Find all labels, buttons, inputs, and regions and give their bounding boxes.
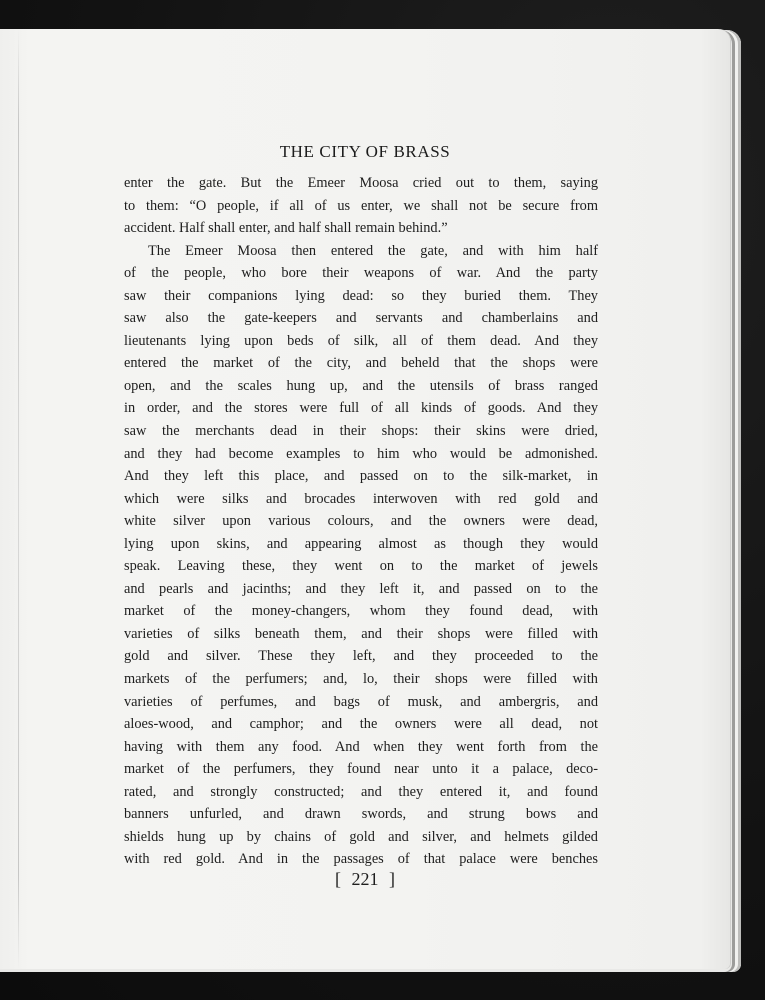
text-line: lieutenants lying upon beds of silk, all… [124,330,598,353]
text-line: And they left this place, and passed on … [124,465,598,488]
text-line: enter the gate. But the Emeer Moosa crie… [124,172,598,195]
book-page: THE CITY OF BRASS enter the gate. But th… [0,29,730,969]
text-line: speak. Leaving these, they went on to th… [124,555,598,578]
text-line: entered the market of the city, and behe… [124,352,598,375]
text-line: banners unfurled, and drawn swords, and … [124,803,598,826]
text-line: in order, and the stores were full of al… [124,397,598,420]
text-line: markets of the perfumers; and, lo, their… [124,668,598,691]
text-line: and pearls and jacinths; and they left i… [124,578,598,601]
page-number: [ 221 ] [0,869,730,890]
text-line: The Emeer Moosa then entered the gate, a… [124,240,598,263]
text-line: lying upon skins, and appearing almost a… [124,533,598,556]
gutter-line [18,29,19,969]
body-text: enter the gate. But the Emeer Moosa crie… [124,172,598,871]
text-line: varieties of silks beneath them, and the… [124,623,598,646]
text-line: accident. Half shall enter, and half sha… [124,217,598,240]
text-line: having with them any food. And when they… [124,736,598,759]
text-line: gold and silver. These they left, and th… [124,645,598,668]
text-line: shields hung up by chains of gold and si… [124,826,598,849]
text-line: market of the perfumers, they found near… [124,758,598,781]
text-line: of the people, who bore their weapons of… [124,262,598,285]
text-line: market of the money-changers, whom they … [124,600,598,623]
text-line: varieties of perfumes, and bags of musk,… [124,691,598,714]
text-line: white silver upon various colours, and t… [124,510,598,533]
text-line: rated, and strongly constructed; and the… [124,781,598,804]
running-head: THE CITY OF BRASS [0,142,730,162]
text-line: aloes-wood, and camphor; and the owners … [124,713,598,736]
text-line: saw also the gate-keepers and servants a… [124,307,598,330]
text-line: and they had become examples to him who … [124,443,598,466]
text-line: with red gold. And in the passages of th… [124,848,598,871]
text-line: to them: “O people, if all of us enter, … [124,195,598,218]
text-line: saw the merchants dead in their shops: t… [124,420,598,443]
text-line: which were silks and brocades interwoven… [124,488,598,511]
text-line: open, and the scales hung up, and the ut… [124,375,598,398]
text-line: saw their companions lying dead: so they… [124,285,598,308]
